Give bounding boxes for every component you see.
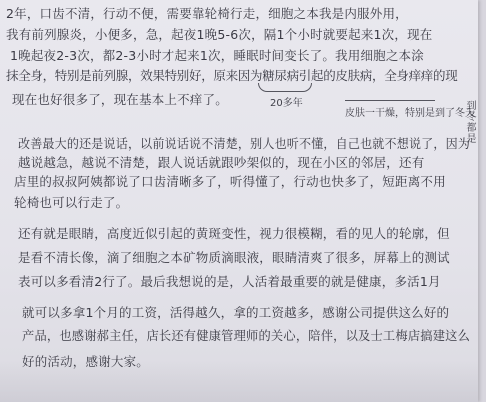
text-line: 我有前列腺炎，小便多，急，起夜1晚5-6次，隔1个小时就要起来1次，现在	[6, 25, 432, 43]
text-line: 2年，口齿不清，行动不便，需要靠轮椅行走，细胞之本我是内服外用，	[6, 4, 408, 22]
text-line: 越说越急，越说不清楚，跟人说话就跟吵架似的，现在小区的邻居，还有	[18, 153, 424, 171]
text-line: 店里的叔叔阿姨都说了口齿清晰多了，听得懂了，行动也快多了，短距离不用	[14, 172, 446, 190]
text-line: 抹全身，特别是前列腺，效果特别好，原来因为糖尿病引起的皮肤病，全身痒痒的现	[6, 66, 457, 84]
text-line: 1晚起夜2-3次，都2-3小时才起来1次，睡眠时间变长了。我用细胞之本涂	[10, 46, 424, 64]
text-line: 改善最大的还是说话，以前说话说不清楚，别人也听不懂，自己也就不想说了，因为	[18, 134, 470, 152]
text-line: 表可以多看清2行了。最后我想说的是，人活着最重要的就是健康，多活1月	[18, 272, 441, 290]
text-line: 还有就是眼睛，高度近似引起的黄斑变性，视力很模糊，看的见人的轮廓，但	[18, 224, 450, 242]
annotation-bracket	[258, 83, 312, 92]
text-line: 是看不清长像，滴了细胞之本矿物质滴眼液，眼睛清爽了很多，屏幕上的测试	[18, 248, 450, 266]
text-line: 产品，也感谢郝主任，店长还有健康管理师的关心，陪伴，以及士工梅店搞建这么	[22, 326, 470, 344]
text-line: 轮椅也可以行走了。	[14, 193, 128, 211]
annotation-skin: 皮肤一干燥，特别是到了冬天	[345, 104, 475, 119]
text-line: 就可以多拿1个月的工资，活得越久，拿的工资越多，感谢公司提供这么好的	[22, 303, 449, 321]
text-line: 现在也好很多了，现在基本上不痒了。	[12, 90, 228, 108]
annotation-line	[345, 100, 435, 101]
paper-sheet: 2年，口齿不清，行动不便，需要靠轮椅行走，细胞之本我是内服外用， 我有前列腺炎，…	[0, 0, 478, 402]
paper-shadow	[0, 360, 478, 402]
annotation-years: 20多年	[270, 94, 303, 109]
